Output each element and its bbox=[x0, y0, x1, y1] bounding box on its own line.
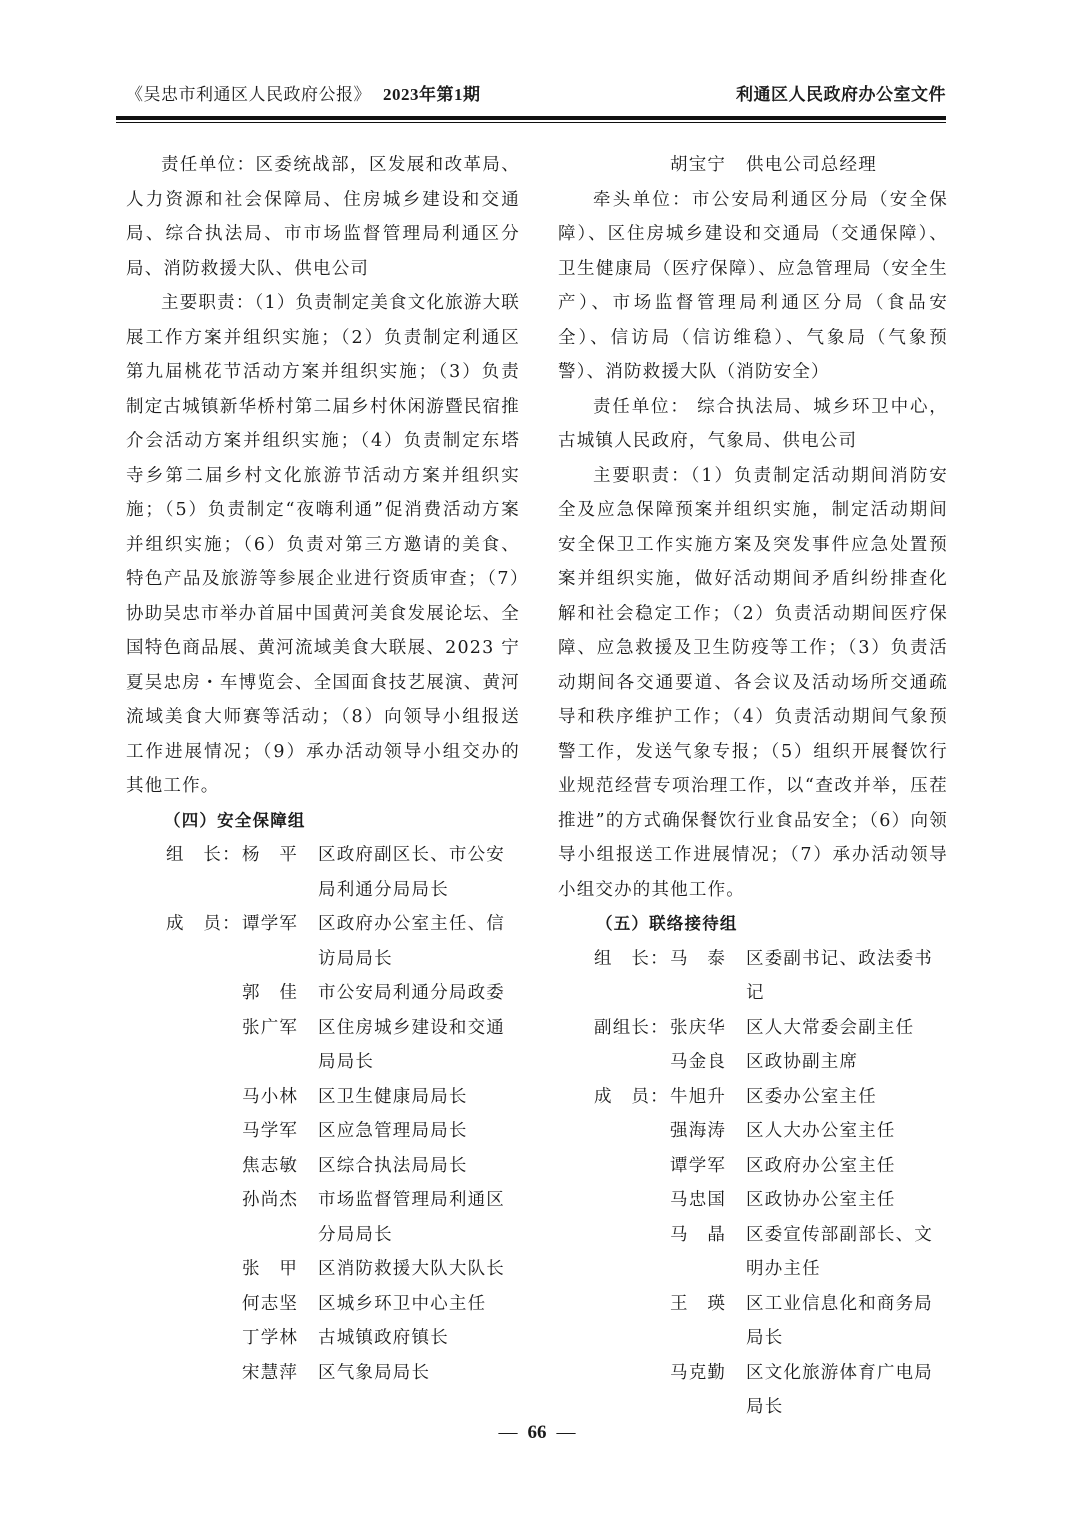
publication-title: 《吴忠市利通区人民政府公报》 bbox=[126, 85, 371, 105]
roster-row: 张 甲区消防救援大队大队长 bbox=[126, 1252, 520, 1287]
roster-role bbox=[126, 1080, 242, 1115]
roster-name: 焦志敏 bbox=[242, 1149, 316, 1184]
roster-row: 强海涛区人大办公室主任 bbox=[558, 1114, 948, 1149]
roster-role bbox=[126, 1252, 242, 1287]
roster-title: 区人大办公室主任 bbox=[744, 1114, 948, 1149]
roster-title: 市公安局利通分局政委 bbox=[316, 976, 520, 1011]
right-column: 胡宝宁供电公司总经理 牵头单位：市公安局利通区分局（安全保障）、区住房城乡建设和… bbox=[558, 148, 948, 1425]
left-column: 责任单位：区委统战部，区发展和改革局、人力资源和社会保障局、住房城乡建设和交通局… bbox=[126, 148, 520, 1390]
roster-role bbox=[126, 1114, 242, 1149]
running-header: 《吴忠市利通区人民政府公报》2023年第1期 利通区人民政府办公室文件 bbox=[126, 76, 946, 116]
roster-row: 胡宝宁供电公司总经理 bbox=[558, 148, 948, 183]
responsible-units-paragraph: 责任单位：区委统战部，区发展和改革局、人力资源和社会保障局、住房城乡建设和交通局… bbox=[126, 148, 520, 286]
footer-dash-left: — bbox=[499, 1422, 518, 1443]
roster-name: 马 泰 bbox=[670, 942, 744, 1011]
roster-row: 张广军区住房城乡建设和交通局局长 bbox=[126, 1011, 520, 1080]
roster-title: 区消防救援大队大队长 bbox=[316, 1252, 520, 1287]
issue-number: 2023年第1期 bbox=[383, 85, 481, 104]
roster-role: 成 员： bbox=[558, 1080, 670, 1115]
roster-name: 谭学军 bbox=[670, 1149, 744, 1184]
roster-title: 区委宣传部副部长、文明办主任 bbox=[744, 1218, 948, 1287]
roster-name: 马忠国 bbox=[670, 1183, 744, 1218]
roster-name: 马 晶 bbox=[670, 1218, 744, 1287]
roster-role bbox=[558, 1045, 670, 1080]
roster-row: 马学军区应急管理局局长 bbox=[126, 1114, 520, 1149]
roster-name: 杨 平 bbox=[242, 838, 316, 907]
roster-role bbox=[558, 1218, 670, 1287]
footer-dash-right: — bbox=[557, 1422, 576, 1443]
roster-title: 区政府办公室主任 bbox=[744, 1149, 948, 1184]
roster-name: 马克勤 bbox=[670, 1356, 744, 1425]
roster-role bbox=[126, 1183, 242, 1252]
roster-name: 何志坚 bbox=[242, 1287, 316, 1322]
roster-name: 强海涛 bbox=[670, 1114, 744, 1149]
main-duties-paragraph: 主要职责：（1）负责制定活动期间消防安全及应急保障预案并组织实施，制定活动期间安… bbox=[558, 459, 948, 908]
roster-name: 马学军 bbox=[242, 1114, 316, 1149]
main-duties-paragraph: 主要职责：（1）负责制定美食文化旅游大联展工作方案并组织实施；（2）负责制定利通… bbox=[126, 286, 520, 804]
roster-role: 副组长： bbox=[558, 1011, 670, 1046]
roster-row: 孙尚杰市场监督管理局利通区分局局长 bbox=[126, 1183, 520, 1252]
header-section: 利通区人民政府办公室文件 bbox=[736, 80, 946, 105]
roster-role bbox=[558, 1287, 670, 1356]
roster-title: 区政府办公室主任、信访局局长 bbox=[316, 907, 520, 976]
roster-title: 古城镇政府镇长 bbox=[316, 1321, 520, 1356]
section-heading-liaison-group: （五）联络接待组 bbox=[558, 907, 948, 942]
roster-row: 副组长：张庆华区人大常委会副主任 bbox=[558, 1011, 948, 1046]
roster-row: 谭学军区政府办公室主任 bbox=[558, 1149, 948, 1184]
section-heading-security-group: （四）安全保障组 bbox=[126, 804, 520, 839]
roster-row: 何志坚区城乡环卫中心主任 bbox=[126, 1287, 520, 1322]
roster-title: 区卫生健康局局长 bbox=[316, 1080, 520, 1115]
roster-title: 区政协办公室主任 bbox=[744, 1183, 948, 1218]
roster-name: 孙尚杰 bbox=[242, 1183, 316, 1252]
roster-row: 组 长：马 泰区委副书记、政法委书记 bbox=[558, 942, 948, 1011]
roster-role bbox=[558, 1149, 670, 1184]
roster-title: 区工业信息化和商务局局长 bbox=[744, 1287, 948, 1356]
roster-liaison-group: 组 长：马 泰区委副书记、政法委书记 副组长：张庆华区人大常委会副主任 马金良区… bbox=[558, 942, 948, 1425]
roster-name: 王 瑛 bbox=[670, 1287, 744, 1356]
roster-row: 马小林区卫生健康局局长 bbox=[126, 1080, 520, 1115]
roster-title: 区综合执法局局长 bbox=[316, 1149, 520, 1184]
roster-row: 王 瑛区工业信息化和商务局局长 bbox=[558, 1287, 948, 1356]
roster-role bbox=[126, 1149, 242, 1184]
header-rule-thick bbox=[116, 116, 946, 120]
roster-role bbox=[126, 1011, 242, 1080]
roster-row: 成 员：牛旭升区委办公室主任 bbox=[558, 1080, 948, 1115]
roster-row: 马 晶区委宣传部副部长、文明办主任 bbox=[558, 1218, 948, 1287]
roster-title: 市场监督管理局利通区分局局长 bbox=[316, 1183, 520, 1252]
roster-role bbox=[126, 1321, 242, 1356]
roster-title: 供电公司总经理 bbox=[744, 148, 948, 183]
roster-name: 马小林 bbox=[242, 1080, 316, 1115]
roster-name: 马金良 bbox=[670, 1045, 744, 1080]
roster-name: 郭 佳 bbox=[242, 976, 316, 1011]
roster-name: 张广军 bbox=[242, 1011, 316, 1080]
roster-role bbox=[126, 1356, 242, 1391]
roster-title: 区委副书记、政法委书记 bbox=[744, 942, 948, 1011]
roster-title: 区城乡环卫中心主任 bbox=[316, 1287, 520, 1322]
roster-name: 胡宝宁 bbox=[670, 148, 744, 183]
roster-title: 区应急管理局局长 bbox=[316, 1114, 520, 1149]
roster-role bbox=[558, 1183, 670, 1218]
roster-row: 马金良区政协副主席 bbox=[558, 1045, 948, 1080]
roster-row: 马忠国区政协办公室主任 bbox=[558, 1183, 948, 1218]
roster-title: 区住房城乡建设和交通局局长 bbox=[316, 1011, 520, 1080]
roster-row: 组 长：杨 平区政府副区长、市公安局利通分局局长 bbox=[126, 838, 520, 907]
roster-role bbox=[126, 976, 242, 1011]
roster-row: 马克勤区文化旅游体育广电局局长 bbox=[558, 1356, 948, 1425]
roster-role: 组 长： bbox=[126, 838, 242, 907]
header-rule-thin bbox=[116, 122, 946, 123]
header-left: 《吴忠市利通区人民政府公报》2023年第1期 bbox=[126, 80, 481, 105]
roster-row: 焦志敏区综合执法局局长 bbox=[126, 1149, 520, 1184]
roster-title: 区政协副主席 bbox=[744, 1045, 948, 1080]
roster-row: 成 员：谭学军区政府办公室主任、信访局局长 bbox=[126, 907, 520, 976]
roster-title: 区政府副区长、市公安局利通分局局长 bbox=[316, 838, 520, 907]
roster-title: 区委办公室主任 bbox=[744, 1080, 948, 1115]
roster-role bbox=[558, 148, 670, 183]
page-number: 66 bbox=[528, 1422, 547, 1443]
roster-row: 郭 佳市公安局利通分局政委 bbox=[126, 976, 520, 1011]
roster-role: 成 员： bbox=[126, 907, 242, 976]
roster-name: 宋慧萍 bbox=[242, 1356, 316, 1391]
roster-title: 区人大常委会副主任 bbox=[744, 1011, 948, 1046]
roster-name: 丁学林 bbox=[242, 1321, 316, 1356]
roster-security-group: 组 长：杨 平区政府副区长、市公安局利通分局局长 成 员：谭学军区政府办公室主任… bbox=[126, 838, 520, 1390]
roster-title: 区气象局局长 bbox=[316, 1356, 520, 1391]
roster-row: 宋慧萍区气象局局长 bbox=[126, 1356, 520, 1391]
roster-name: 谭学军 bbox=[242, 907, 316, 976]
roster-name: 张 甲 bbox=[242, 1252, 316, 1287]
roster-name: 张庆华 bbox=[670, 1011, 744, 1046]
roster-role bbox=[558, 1114, 670, 1149]
lead-units-paragraph: 牵头单位：市公安局利通区分局（安全保障）、区住房城乡建设和交通局（交通保障）、卫… bbox=[558, 183, 948, 390]
roster-title: 区文化旅游体育广电局局长 bbox=[744, 1356, 948, 1425]
roster-role: 组 长： bbox=[558, 942, 670, 1011]
roster-name: 牛旭升 bbox=[670, 1080, 744, 1115]
roster-role bbox=[126, 1287, 242, 1322]
responsible-units-paragraph: 责任单位： 综合执法局、城乡环卫中心，古城镇人民政府，气象局、供电公司 bbox=[558, 390, 948, 459]
roster-role bbox=[558, 1356, 670, 1425]
roster-row: 丁学林古城镇政府镇长 bbox=[126, 1321, 520, 1356]
page-footer: —66— bbox=[0, 1422, 1074, 1444]
